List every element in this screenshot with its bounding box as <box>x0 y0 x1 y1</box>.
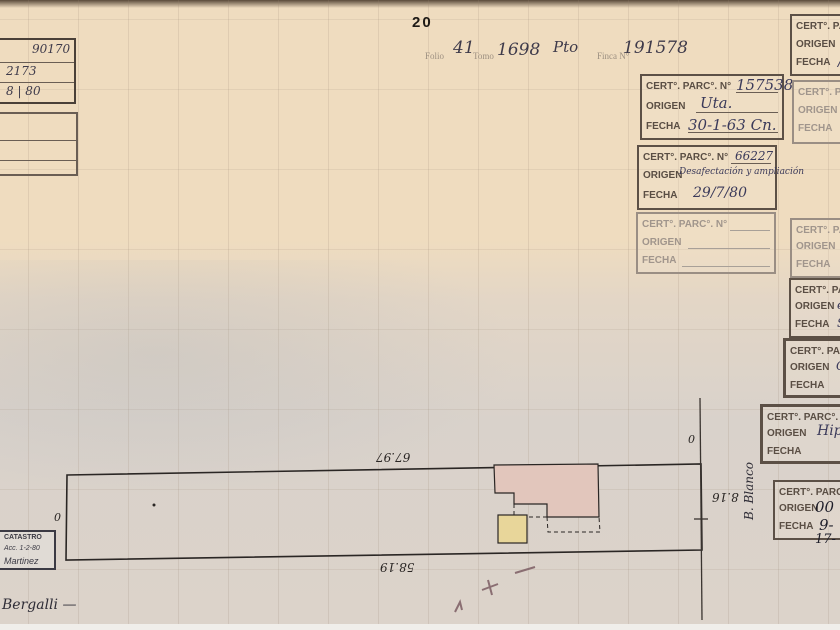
bottom-signature: Bergalli — <box>2 597 76 613</box>
catastro-line2: Acc. 1-2-80 <box>4 545 40 552</box>
lot-outline <box>66 464 702 560</box>
neighbor-name: B. Blanco <box>742 462 756 520</box>
building-footprint <box>494 464 599 517</box>
lot-plan-drawing <box>0 0 840 630</box>
catastro-stamp: CATASTRO Acc. 1-2-80 Martinez <box>0 530 56 570</box>
catastro-signature: Martinez <box>4 556 39 566</box>
cadastral-document-page: 20 Folio 41 Tomo 1698 Pto Finca N° 19157… <box>0 0 840 630</box>
marker-left: 0 <box>54 510 61 523</box>
dimension-top: 67.97 <box>376 450 410 464</box>
dimension-bottom: 58.19 <box>380 560 414 574</box>
catastro-title: CATASTRO <box>4 534 42 541</box>
annex-footprint <box>498 515 527 543</box>
dimension-right: 8.16 <box>712 490 739 504</box>
marker-right: 0 <box>688 432 695 445</box>
